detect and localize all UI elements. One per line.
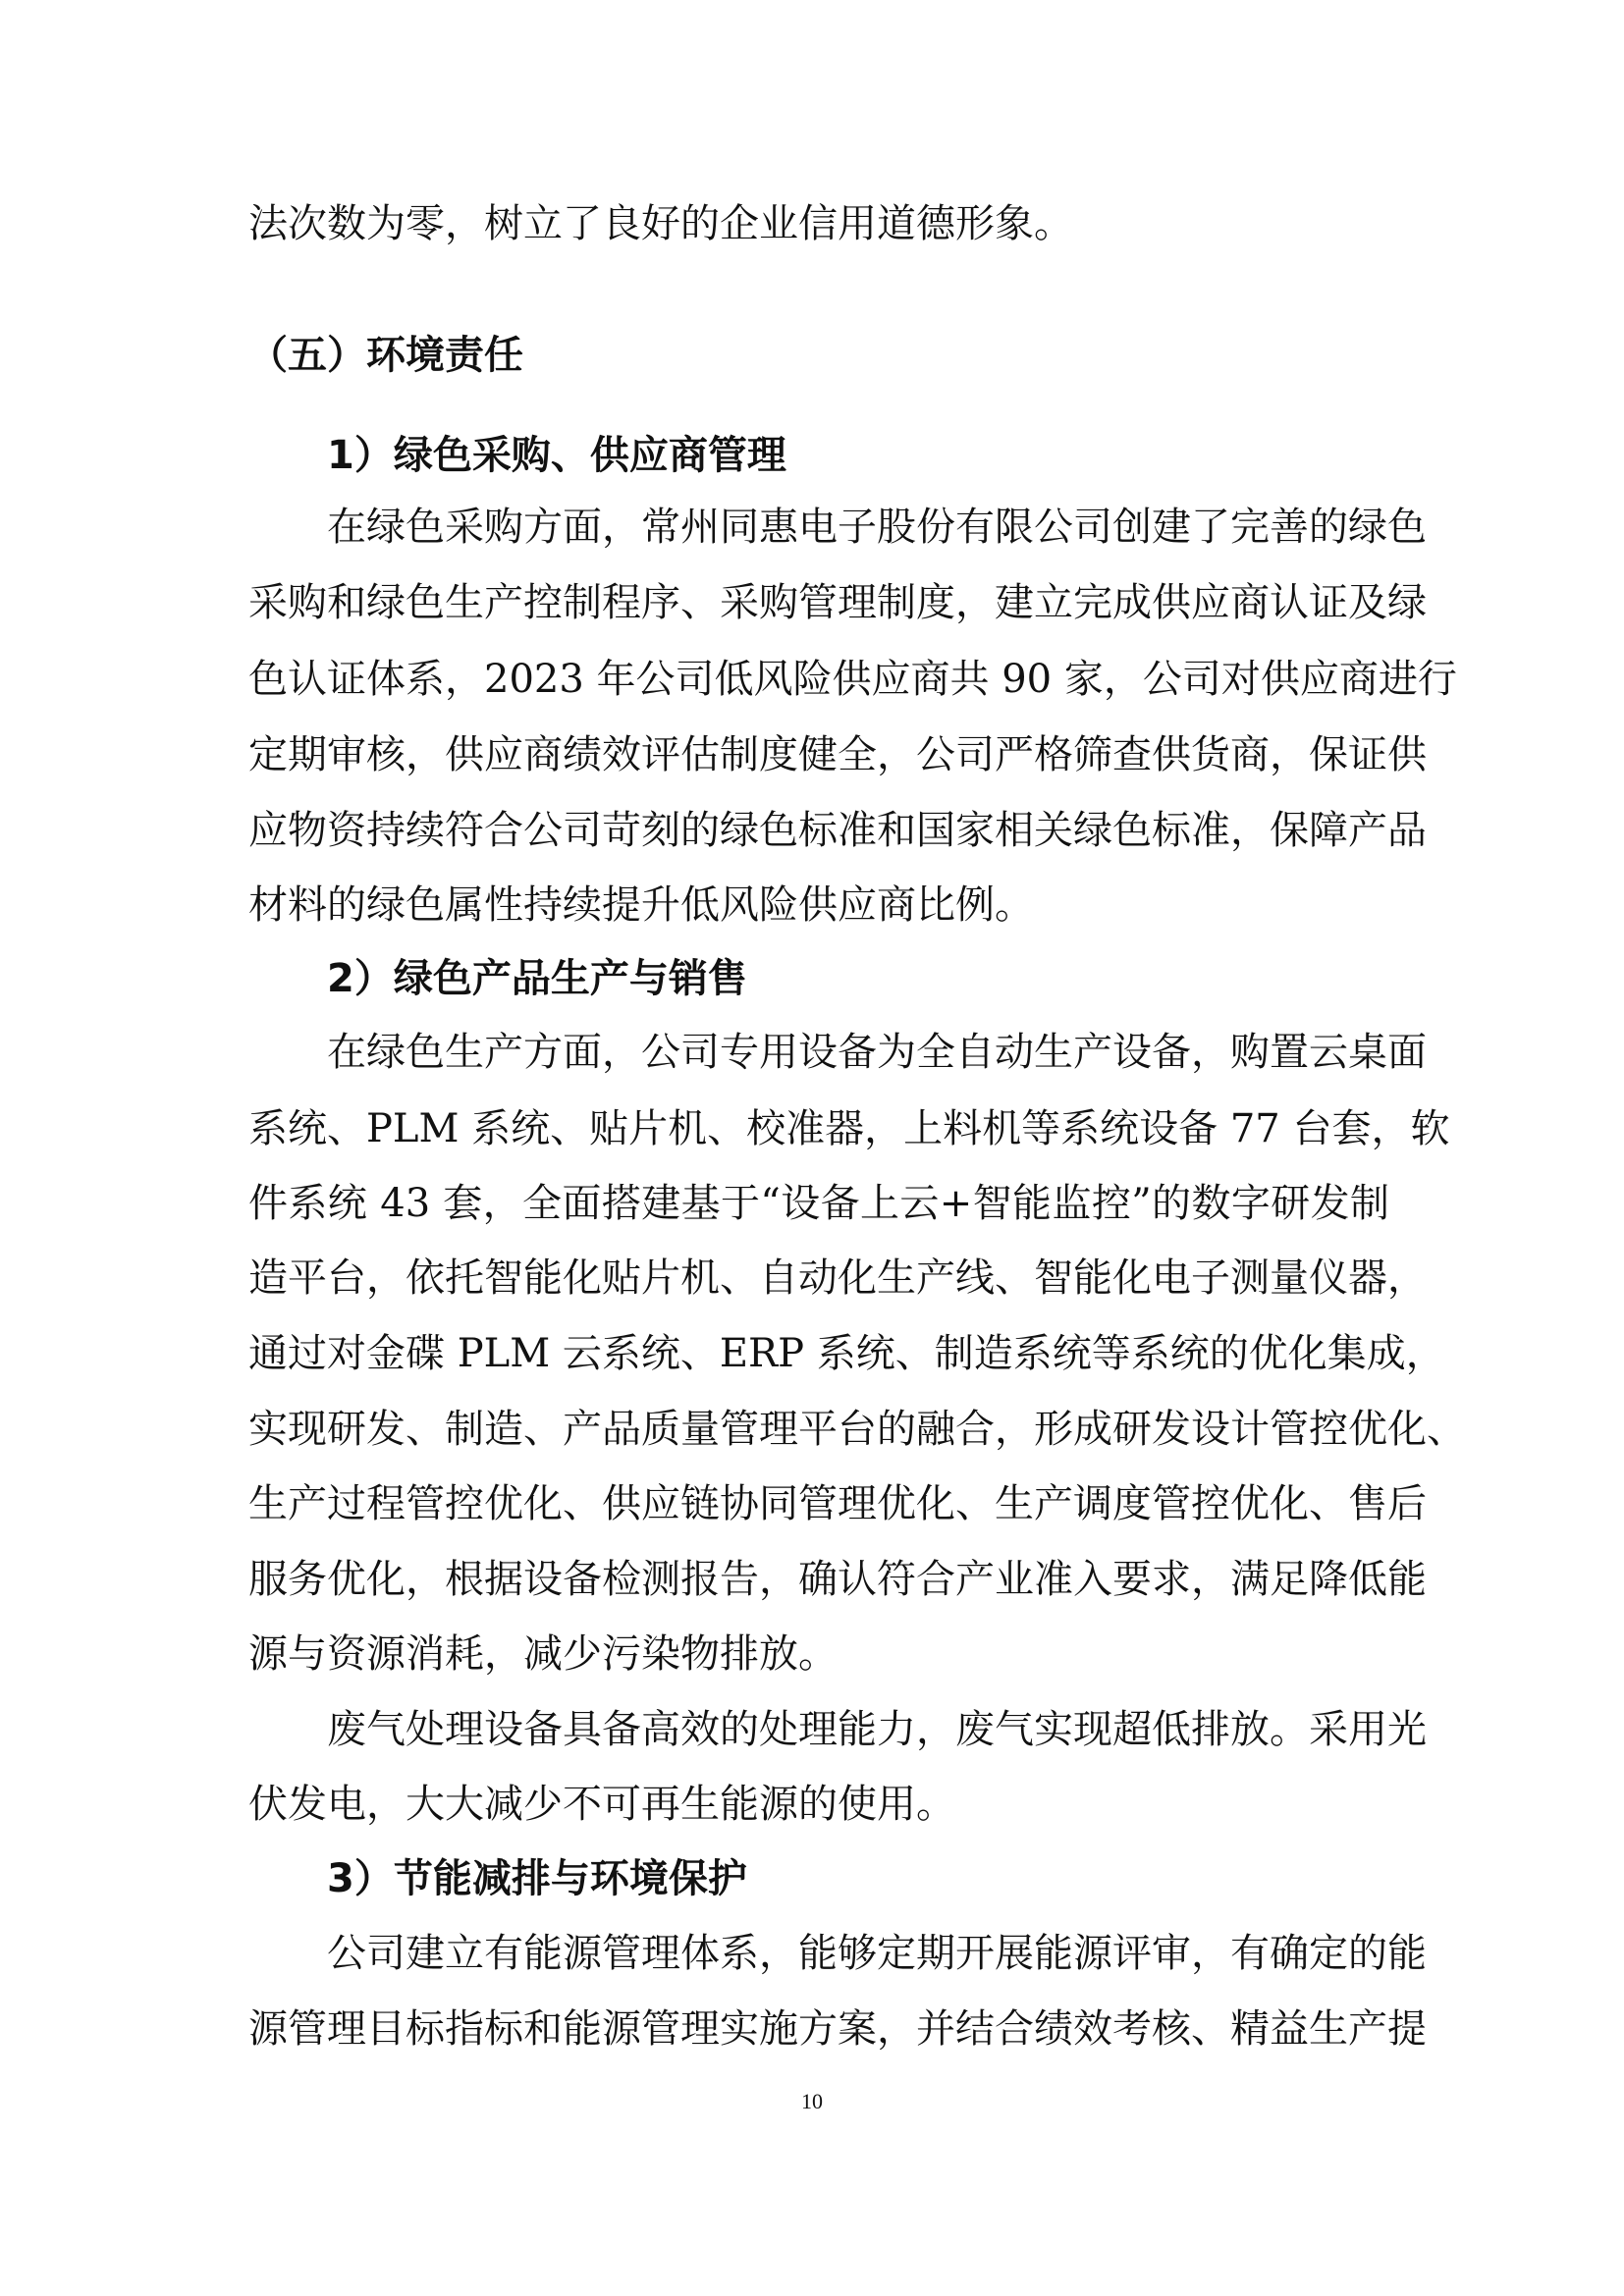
paragraph-line: 废气处理设备具备高效的处理能力，废气实现超低排放。采用光 [327,1706,1389,1753]
paragraph-line: 色认证体系，2023 年公司低风险供应商共 90 家，公司对供应商进行 [248,656,1389,703]
paragraph-line: 件系统 43 套，全面搭建基于“设备上云+智能监控”的数字研发制 [248,1180,1389,1227]
paragraph-line: 应物资持续符合公司苛刻的绿色标准和国家相关绿色标准，保障产品 [248,807,1389,854]
paragraph-line: 源与资源消耗，减少污染物排放。 [248,1630,1389,1678]
paragraph-line: 伏发电，大大减少不可再生能源的使用。 [248,1781,1389,1828]
paragraph-line: 实现研发、制造、产品质量管理平台的融合，形成研发设计管控优化、 [248,1406,1389,1453]
paragraph-line: 法次数为零，树立了良好的企业信用道德形象。 [248,200,1389,247]
paragraph-line: 采购和绿色生产控制程序、采购管理制度，建立完成供应商认证及绿 [248,579,1389,626]
paragraph-line: 在绿色采购方面，常州同惠电子股份有限公司创建了完善的绿色 [327,504,1389,551]
paragraph-line: 材料的绿色属性持续提升低风险供应商比例。 [248,881,1389,929]
paragraph-line: 源管理目标指标和能源管理实施方案，并结合绩效考核、精益生产提 [248,2005,1389,2053]
paragraph-line: 生产过程管控优化、供应链协同管理优化、生产调度管控优化、售后 [248,1480,1389,1527]
paragraph-line: 定期审核，供应商绩效评估制度健全，公司严格筛查供货商，保证供 [248,731,1389,778]
paragraph-line: 系统、PLM 系统、贴片机、校准器，上料机等系统设备 77 台套，软 [248,1105,1389,1152]
paragraph-line: 服务优化，根据设备检测报告，确认符合产业准入要求，满足降低能 [248,1556,1389,1603]
paragraph-line: 造平台，依托智能化贴片机、自动化生产线、智能化电子测量仪器， [248,1255,1389,1302]
subsection-heading: 1）绿色采购、供应商管理 [327,432,1468,479]
paragraph-line: 通过对金碟 PLM 云系统、ERP 系统、制造系统等系统的优化集成， [248,1330,1389,1377]
subsection-heading: 2）绿色产品生产与销售 [327,955,1468,1002]
section-heading: （五）环境责任 [248,332,1389,379]
paragraph-line: 公司建立有能源管理体系，能够定期开展能源评审，有确定的能 [327,1930,1389,1977]
page-number: 10 [0,2089,1624,2114]
paragraph-line: 在绿色生产方面，公司专用设备为全自动生产设备，购置云桌面 [327,1029,1389,1076]
subsection-heading: 3）节能减排与环境保护 [327,1855,1468,1902]
